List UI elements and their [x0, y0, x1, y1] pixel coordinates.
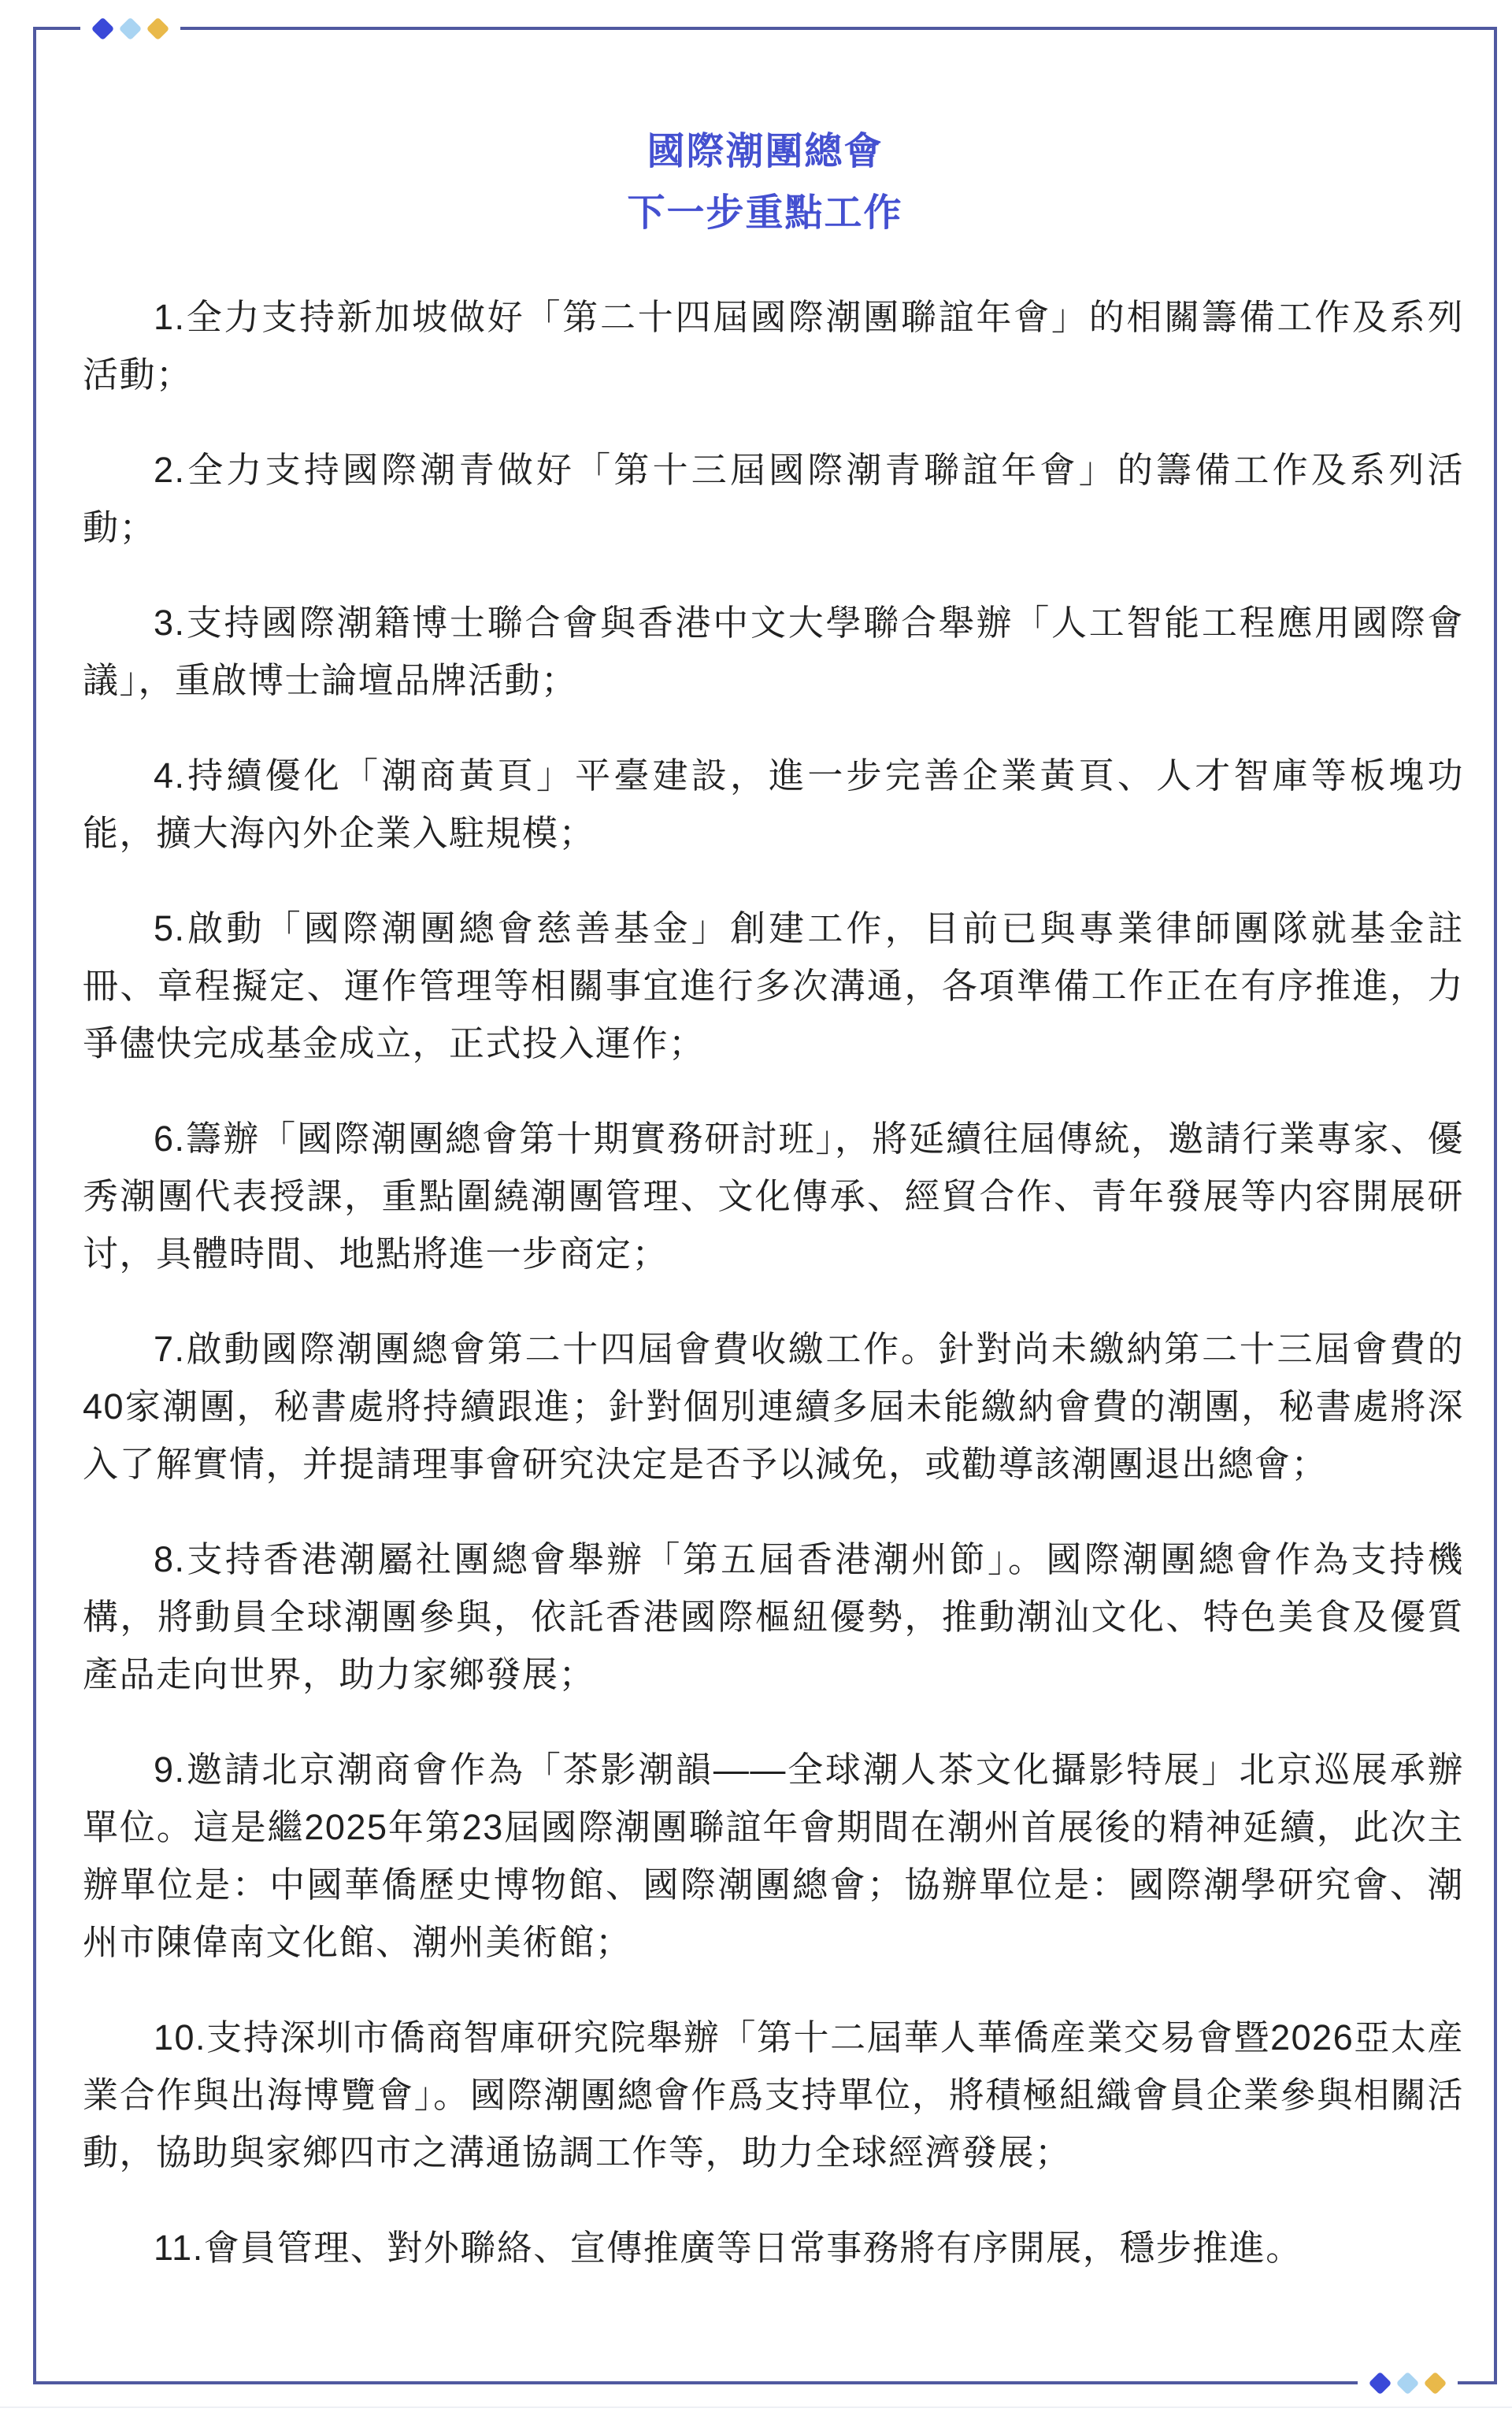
paragraph-6: 6.籌辦「國際潮團總會第十期實務研討班」，將延續往屆傳統，邀請行業專家、優秀潮團…	[83, 1110, 1464, 1282]
yellow-diamond-icon	[1424, 2371, 1447, 2395]
paragraph-2: 2.全力支持國際潮青做好「第十三屆國際潮青聯誼年會」的籌備工作及系列活動；	[83, 441, 1464, 556]
paragraph-5: 5.啟動「國際潮團總會慈善基金」創建工作，目前已與專業律師團隊就基金註冊、章程擬…	[83, 900, 1464, 1072]
document-body: 1.全力支持新加坡做好「第二十四屆國際潮團聯誼年會」的相關籌備工作及系列活動； …	[36, 244, 1494, 2276]
page-bottom-divider	[0, 2406, 1512, 2408]
paragraph-10: 10.支持深圳市僑商智庫研究院舉辦「第十二屆華人華僑産業交易會暨2026亞太産業…	[83, 2009, 1464, 2181]
blue-diamond-icon	[1369, 2371, 1392, 2395]
paragraph-8: 8.支持香港潮屬社團總會舉辦「第五屆香港潮州節」。國際潮團總會作為支持機構，將動…	[83, 1531, 1464, 1703]
lightblue-diamond-icon	[119, 17, 143, 40]
paragraph-11: 11.會員管理、對外聯絡、宣傳推廣等日常事務將有序開展，穩步推進。	[83, 2219, 1464, 2276]
blue-diamond-icon	[91, 17, 115, 40]
paragraph-4: 4.持續優化「潮商黃頁」平臺建設，進一步完善企業黃頁、人才智庫等板塊功能，擴大海…	[83, 747, 1464, 862]
corner-dots-top	[80, 15, 180, 42]
yellow-diamond-icon	[146, 17, 170, 40]
lightblue-diamond-icon	[1396, 2371, 1420, 2395]
paragraph-3: 3.支持國際潮籍博士聯合會與香港中文大學聯合舉辦「人工智能工程應用國際會議」，重…	[83, 594, 1464, 709]
paragraph-9: 9.邀請北京潮商會作為「茶影潮韻——全球潮人茶文化攝影特展」北京巡展承辦單位。這…	[83, 1741, 1464, 1971]
document-title: 國際潮團總會	[36, 121, 1494, 183]
document-subtitle: 下一步重點工作	[36, 183, 1494, 244]
content-frame-border: 國際潮團總會 下一步重點工作 1.全力支持新加坡做好「第二十四屆國際潮團聯誼年會…	[33, 27, 1497, 2384]
paragraph-1: 1.全力支持新加坡做好「第二十四屆國際潮團聯誼年會」的相關籌備工作及系列活動；	[83, 288, 1464, 403]
paragraph-7: 7.啟動國際潮團總會第二十四屆會費收繳工作。針對尚未繳納第二十三屆會費的40家潮…	[83, 1320, 1464, 1493]
corner-dots-bottom	[1358, 2369, 1458, 2396]
